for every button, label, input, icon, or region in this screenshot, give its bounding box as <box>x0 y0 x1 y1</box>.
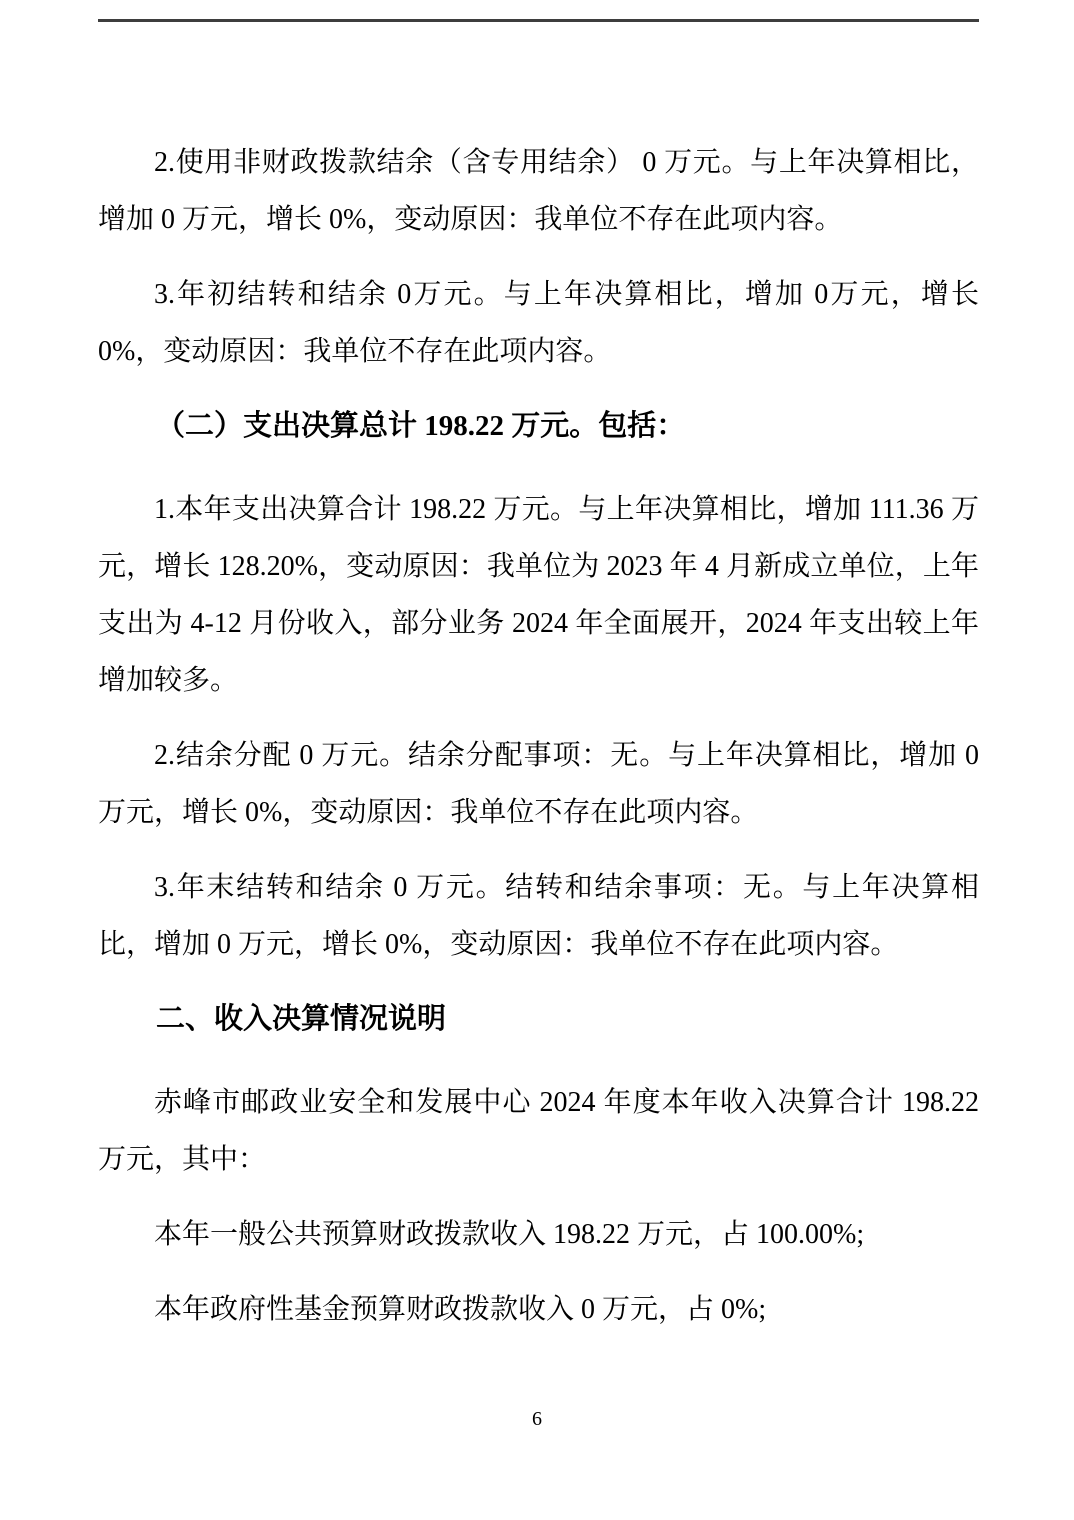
heading-revenue-statement: 二、收入决算情况说明 <box>98 991 979 1048</box>
paragraph-current-year-expenditure: 1.本年支出决算合计 198.22 万元。与上年决算相比，增加 111.36 万… <box>98 481 979 709</box>
paragraph-beginning-year-carryover: 3.年初结转和结余 0万元。与上年决算相比，增加 0万元，增长 0%，变动原因：… <box>98 266 979 380</box>
document-page: 2.使用非财政拨款结余（含专用结余） 0 万元。与上年决算相比，增加 0 万元，… <box>0 0 1074 1520</box>
paragraph-non-fiscal-allocation-balance: 2.使用非财政拨款结余（含专用结余） 0 万元。与上年决算相比，增加 0 万元，… <box>98 134 979 248</box>
page-number: 6 <box>532 1408 542 1430</box>
paragraph-year-end-carryover: 3.年末结转和结余 0 万元。结转和结余事项：无。与上年决算相比，增加 0 万元… <box>98 859 979 973</box>
heading-expenditure-total: （二）支出决算总计 198.22 万元。包括： <box>98 398 979 455</box>
document-body: 2.使用非财政拨款结余（含专用结余） 0 万元。与上年决算相比，增加 0 万元，… <box>98 134 979 1356</box>
paragraph-revenue-total: 赤峰市邮政业安全和发展中心 2024 年度本年收入决算合计 198.22 万元，… <box>98 1074 979 1188</box>
page-footer: 6 <box>0 1406 1074 1432</box>
paragraph-general-public-budget-revenue: 本年一般公共预算财政拨款收入 198.22 万元，占 100.00%; <box>98 1206 979 1263</box>
paragraph-government-fund-revenue: 本年政府性基金预算财政拨款收入 0 万元，占 0%; <box>98 1281 979 1338</box>
paragraph-balance-distribution: 2.结余分配 0 万元。结余分配事项：无。与上年决算相比，增加 0 万元，增长 … <box>98 727 979 841</box>
header-rule-divider <box>98 19 979 22</box>
